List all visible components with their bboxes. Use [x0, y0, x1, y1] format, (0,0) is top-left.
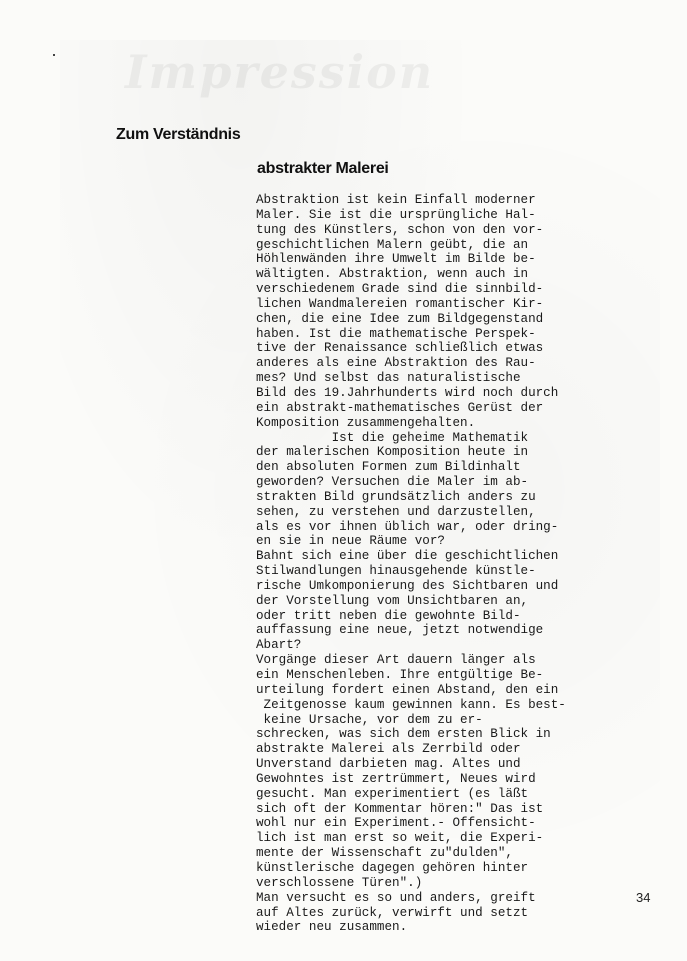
- body-line: strakten Bild grundsätzlich anders zu: [256, 490, 616, 505]
- body-line: den absoluten Formen zum Bildinhalt: [256, 460, 616, 475]
- body-line: mes? Und selbst das naturalistische: [256, 371, 616, 386]
- body-line: der Vorstellung vom Unsichtbaren an,: [256, 594, 616, 609]
- body-line: sehen, zu verstehen und darzustellen,: [256, 505, 616, 520]
- body-line: lichen Wandmalereien romantischer Kir-: [256, 297, 616, 312]
- body-line: tive der Renaissance schließlich etwas: [256, 341, 616, 356]
- body-line: Abart?: [256, 638, 616, 653]
- body-line: Vorgänge dieser Art dauern länger als: [256, 653, 616, 668]
- body-line: en sie in neue Räume vor?: [256, 534, 616, 549]
- body-line: künstlerische dagegen gehören hinter: [256, 861, 616, 876]
- body-line: als es vor ihnen üblich war, oder dring-: [256, 520, 616, 535]
- body-line: auf Altes zurück, verwirft und setzt: [256, 906, 616, 921]
- body-line: oder tritt neben die gewohnte Bild-: [256, 609, 616, 624]
- body-line: Man versucht es so und anders, greift: [256, 891, 616, 906]
- body-line: der malerischen Komposition heute in: [256, 445, 616, 460]
- body-line: Stilwandlungen hinausgehende künstle-: [256, 564, 616, 579]
- body-line: keine Ursache, vor dem zu er-: [256, 713, 616, 728]
- body-line: wieder neu zusammen.: [256, 920, 616, 935]
- body-line: haben. Ist die mathematische Perspek-: [256, 327, 616, 342]
- body-line: Gewohntes ist zertrümmert, Neues wird: [256, 772, 616, 787]
- body-line: gesucht. Man experimentiert (es läßt: [256, 787, 616, 802]
- body-line: Bild des 19.Jahrhunderts wird noch durch: [256, 386, 616, 401]
- body-line: wältigten. Abstraktion, wenn auch in: [256, 267, 616, 282]
- body-line: wohl nur ein Experiment.- Offensicht-: [256, 816, 616, 831]
- body-line: ein abstrakt-mathematisches Gerüst der: [256, 401, 616, 416]
- body-line: Unverstand darbieten mag. Altes und: [256, 757, 616, 772]
- body-line: abstrakte Malerei als Zerrbild oder: [256, 742, 616, 757]
- body-line: rische Umkomponierung des Sichtbaren und: [256, 579, 616, 594]
- body-line: Bahnt sich eine über die geschichtlichen: [256, 549, 616, 564]
- heading-line-2: abstrakter Malerei: [257, 160, 389, 178]
- body-line: urteilung fordert einen Abstand, den ein: [256, 683, 616, 698]
- body-line: sich oft der Kommentar hören:" Das ist: [256, 802, 616, 817]
- body-line: lich ist man erst so weit, die Experi-: [256, 831, 616, 846]
- body-line: schrecken, was sich dem ersten Blick in: [256, 727, 616, 742]
- body-line: Komposition zusammengehalten.: [256, 416, 616, 431]
- body-line: geworden? Versuchen die Maler im ab-: [256, 475, 616, 490]
- heading-line-1: Zum Verständnis: [116, 126, 240, 144]
- body-line: Höhlenwänden ihre Umwelt im Bilde be-: [256, 252, 616, 267]
- body-line: chen, die eine Idee zum Bildgegenstand: [256, 312, 616, 327]
- bleed-through-heading: Impression: [125, 45, 434, 99]
- body-line: auffassung eine neue, jetzt notwendige: [256, 623, 616, 638]
- scan-speck: [53, 54, 55, 56]
- body-line: Abstraktion ist kein Einfall moderner: [256, 193, 616, 208]
- body-line: geschichtlichen Malern geübt, die an: [256, 238, 616, 253]
- body-line: mente der Wissenschaft zu"dulden",: [256, 846, 616, 861]
- body-line: anderes als eine Abstraktion des Rau-: [256, 356, 616, 371]
- page-number: 34: [636, 890, 650, 905]
- body-line: verschiedenem Grade sind die sinnbild-: [256, 282, 616, 297]
- body-line: ein Menschenleben. Ihre entgültige Be-: [256, 668, 616, 683]
- body-line: tung des Künstlers, schon von den vor-: [256, 223, 616, 238]
- body-line: Maler. Sie ist die ursprüngliche Hal-: [256, 208, 616, 223]
- typewritten-body-text: Abstraktion ist kein Einfall modernerMal…: [256, 193, 616, 935]
- body-line: Ist die geheime Mathematik: [256, 431, 616, 446]
- body-line: verschlossene Türen".): [256, 876, 616, 891]
- body-line: Zeitgenosse kaum gewinnen kann. Es best-: [256, 698, 616, 713]
